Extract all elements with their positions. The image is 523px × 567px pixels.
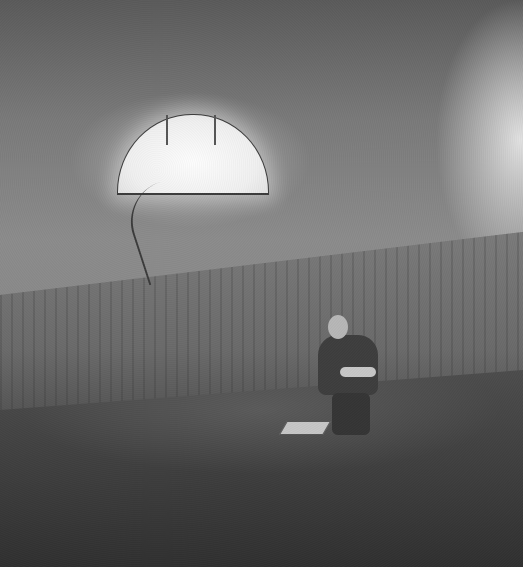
photograph <box>0 0 523 567</box>
window-mullion <box>214 115 216 145</box>
seated-person <box>318 315 380 435</box>
person-legs <box>332 393 370 435</box>
person-torso <box>318 335 378 395</box>
paper-on-grass <box>279 421 331 435</box>
window-mullion <box>166 115 168 145</box>
person-head <box>328 315 348 339</box>
person-hands <box>340 367 376 377</box>
